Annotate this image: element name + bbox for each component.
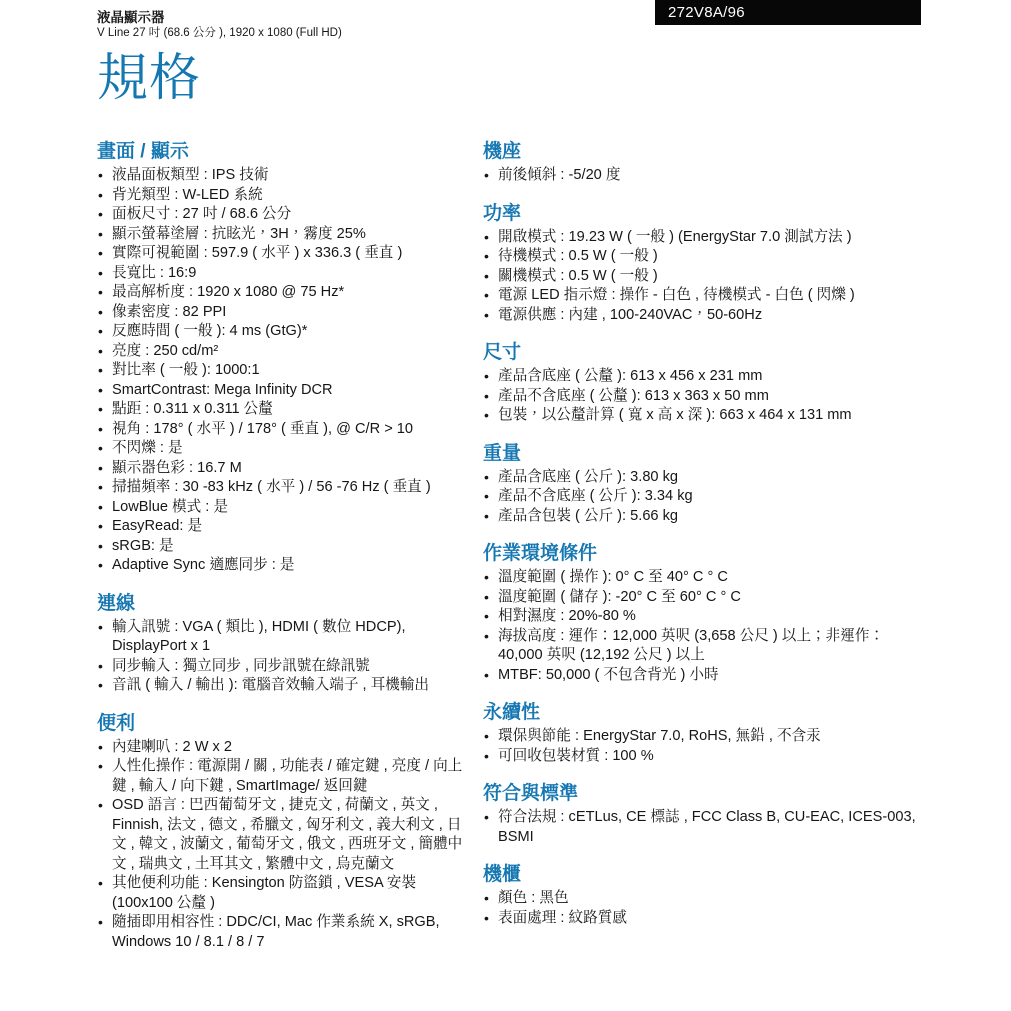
spec-list: 液晶面板類型 : IPS 技術背光類型 : W-LED 系統面板尺寸 : 27 … xyxy=(97,166,472,576)
spec-item: 開啟模式 : 19.23 W ( 一般 ) (EnergyStar 7.0 測試… xyxy=(483,228,920,248)
spec-item: 背光類型 : W-LED 系統 xyxy=(97,186,472,206)
spec-item: 音訊 ( 輸入 / 輸出 ): 電腦音效輸入端子 , 耳機輸出 xyxy=(97,676,472,696)
spec-item: 關機模式 : 0.5 W ( 一般 ) xyxy=(483,267,920,287)
spec-item: 對比率 ( 一般 ): 1000:1 xyxy=(97,361,472,381)
spec-section: 功率開啟模式 : 19.23 W ( 一般 ) (EnergyStar 7.0 … xyxy=(483,203,920,326)
spec-item: 同步輸入 : 獨立同步 , 同步訊號在綠訊號 xyxy=(97,657,472,677)
section-title: 重量 xyxy=(483,443,920,465)
spec-item: Adaptive Sync 適應同步 : 是 xyxy=(97,556,472,576)
spec-item: 表面處理 : 紋路質感 xyxy=(483,909,920,929)
spec-item: 其他便利功能 : Kensington 防盜鎖 , VESA 安裝 (100x1… xyxy=(97,874,472,913)
spec-item: 亮度 : 250 cd/m² xyxy=(97,342,472,362)
spec-item: 輸入訊號 : VGA ( 類比 ), HDMI ( 數位 HDCP), Disp… xyxy=(97,618,472,657)
spec-column-right: 機座前後傾斜 : -5/20 度功率開啟模式 : 19.23 W ( 一般 ) … xyxy=(483,141,920,969)
spec-section: 畫面 / 顯示液晶面板類型 : IPS 技術背光類型 : W-LED 系統面板尺… xyxy=(97,141,472,576)
spec-item: 包裝，以公釐計算 ( 寬 x 高 x 深 ): 663 x 464 x 131 … xyxy=(483,406,920,426)
spec-item: OSD 語言 : 巴西葡萄牙文 , 捷克文 , 荷蘭文 , 英文 , Finni… xyxy=(97,796,472,874)
spec-item: 產品含底座 ( 公釐 ): 613 x 456 x 231 mm xyxy=(483,367,920,387)
spec-column-left: 畫面 / 顯示液晶面板類型 : IPS 技術背光類型 : W-LED 系統面板尺… xyxy=(97,141,472,969)
model-number-badge: 272V8A/96 xyxy=(655,0,921,25)
spec-item: 相對濕度 : 20%-80 % xyxy=(483,607,920,627)
spec-columns: 畫面 / 顯示液晶面板類型 : IPS 技術背光類型 : W-LED 系統面板尺… xyxy=(97,141,920,969)
spec-list: 開啟模式 : 19.23 W ( 一般 ) (EnergyStar 7.0 測試… xyxy=(483,228,920,326)
spec-item: 產品含包裝 ( 公斤 ): 5.66 kg xyxy=(483,507,920,527)
spec-item: 不閃爍 : 是 xyxy=(97,439,472,459)
spec-item: 反應時間 ( 一般 ): 4 ms (GtG)* xyxy=(97,322,472,342)
spec-item: 隨插即用相容性 : DDC/CI, Mac 作業系統 X, sRGB, Wind… xyxy=(97,913,472,952)
spec-item: 產品不含底座 ( 公釐 ): 613 x 363 x 50 mm xyxy=(483,387,920,407)
spec-item: 產品含底座 ( 公斤 ): 3.80 kg xyxy=(483,468,920,488)
section-title: 機座 xyxy=(483,141,920,163)
spec-item: 最高解析度 : 1920 x 1080 @ 75 Hz* xyxy=(97,283,472,303)
spec-item: 顯示螢幕塗層 : 抗眩光，3H，霧度 25% xyxy=(97,225,472,245)
spec-item: 溫度範圍 ( 儲存 ): -20° C 至 60° C ° C xyxy=(483,588,920,608)
section-title: 便利 xyxy=(97,713,472,735)
spec-section: 符合與標準符合法規 : cETLus, CE 標誌 , FCC Class B,… xyxy=(483,783,920,847)
section-title: 畫面 / 顯示 xyxy=(97,141,472,163)
spec-item: 電源供應 : 內建 , 100-240VAC，50-60Hz xyxy=(483,306,920,326)
product-line-label: V Line 27 吋 (68.6 公分 ), 1920 x 1080 (Ful… xyxy=(97,26,342,41)
spec-section: 永續性環保與節能 : EnergyStar 7.0, RoHS, 無鉛 , 不含… xyxy=(483,702,920,766)
section-title: 作業環境條件 xyxy=(483,543,920,565)
header: 液晶顯示器 V Line 27 吋 (68.6 公分 ), 1920 x 108… xyxy=(97,9,342,105)
spec-item: 點距 : 0.311 x 0.311 公釐 xyxy=(97,400,472,420)
spec-item: 電源 LED 指示燈 : 操作 - 白色 , 待機模式 - 白色 ( 閃爍 ) xyxy=(483,286,920,306)
spec-item: 實際可視範圍 : 597.9 ( 水平 ) x 336.3 ( 垂直 ) xyxy=(97,244,472,264)
spec-item: 符合法規 : cETLus, CE 標誌 , FCC Class B, CU-E… xyxy=(483,808,920,847)
spec-list: 溫度範圍 ( 操作 ): 0° C 至 40° C ° C溫度範圍 ( 儲存 )… xyxy=(483,568,920,685)
spec-item: EasyRead: 是 xyxy=(97,517,472,537)
spec-item: 長寬比 : 16:9 xyxy=(97,264,472,284)
spec-item: SmartContrast: Mega Infinity DCR xyxy=(97,381,472,401)
spec-section: 連線輸入訊號 : VGA ( 類比 ), HDMI ( 數位 HDCP), Di… xyxy=(97,593,472,696)
spec-item: 溫度範圍 ( 操作 ): 0° C 至 40° C ° C xyxy=(483,568,920,588)
section-title: 機櫃 xyxy=(483,864,920,886)
page-title: 規格 xyxy=(97,51,342,105)
section-title: 符合與標準 xyxy=(483,783,920,805)
spec-item: MTBF: 50,000 ( 不包含背光 ) 小時 xyxy=(483,666,920,686)
spec-item: 視角 : 178° ( 水平 ) / 178° ( 垂直 ), @ C/R > … xyxy=(97,420,472,440)
spec-section: 機櫃顏色 : 黑色表面處理 : 紋路質感 xyxy=(483,864,920,928)
spec-section: 尺寸產品含底座 ( 公釐 ): 613 x 456 x 231 mm產品不含底座… xyxy=(483,342,920,426)
spec-list: 產品含底座 ( 公釐 ): 613 x 456 x 231 mm產品不含底座 (… xyxy=(483,367,920,426)
spec-item: 人性化操作 : 電源開 / 關 , 功能表 / 確定鍵 , 亮度 / 向上鍵 ,… xyxy=(97,757,472,796)
spec-list: 內建喇叭 : 2 W x 2人性化操作 : 電源開 / 關 , 功能表 / 確定… xyxy=(97,738,472,953)
spec-item: 可回收包裝材質 : 100 % xyxy=(483,747,920,767)
spec-item: 顯示器色彩 : 16.7 M xyxy=(97,459,472,479)
spec-item: 前後傾斜 : -5/20 度 xyxy=(483,166,920,186)
spec-section: 機座前後傾斜 : -5/20 度 xyxy=(483,141,920,186)
spec-item: LowBlue 模式 : 是 xyxy=(97,498,472,518)
spec-item: 像素密度 : 82 PPI xyxy=(97,303,472,323)
spec-item: 面板尺寸 : 27 吋 / 68.6 公分 xyxy=(97,205,472,225)
spec-list: 環保與節能 : EnergyStar 7.0, RoHS, 無鉛 , 不含汞可回… xyxy=(483,727,920,766)
model-number: 272V8A/96 xyxy=(668,4,745,21)
section-title: 連線 xyxy=(97,593,472,615)
spec-item: 掃描頻率 : 30 -83 kHz ( 水平 ) / 56 -76 Hz ( 垂… xyxy=(97,478,472,498)
spec-item: 產品不含底座 ( 公斤 ): 3.34 kg xyxy=(483,487,920,507)
spec-item: 海拔高度 : 運作：12,000 英呎 (3,658 公尺 ) 以上；非運作：4… xyxy=(483,627,920,666)
spec-item: 待機模式 : 0.5 W ( 一般 ) xyxy=(483,247,920,267)
spec-list: 符合法規 : cETLus, CE 標誌 , FCC Class B, CU-E… xyxy=(483,808,920,847)
spec-section: 重量產品含底座 ( 公斤 ): 3.80 kg產品不含底座 ( 公斤 ): 3.… xyxy=(483,443,920,527)
spec-list: 前後傾斜 : -5/20 度 xyxy=(483,166,920,186)
section-title: 尺寸 xyxy=(483,342,920,364)
spec-list: 顏色 : 黑色表面處理 : 紋路質感 xyxy=(483,889,920,928)
section-title: 永續性 xyxy=(483,702,920,724)
spec-list: 產品含底座 ( 公斤 ): 3.80 kg產品不含底座 ( 公斤 ): 3.34… xyxy=(483,468,920,527)
spec-item: 環保與節能 : EnergyStar 7.0, RoHS, 無鉛 , 不含汞 xyxy=(483,727,920,747)
spec-sheet-page: 272V8A/96 液晶顯示器 V Line 27 吋 (68.6 公分 ), … xyxy=(0,0,1011,1011)
spec-item: sRGB: 是 xyxy=(97,537,472,557)
spec-item: 液晶面板類型 : IPS 技術 xyxy=(97,166,472,186)
product-type-label: 液晶顯示器 xyxy=(97,9,342,26)
spec-section: 便利內建喇叭 : 2 W x 2人性化操作 : 電源開 / 關 , 功能表 / … xyxy=(97,713,472,953)
spec-section: 作業環境條件溫度範圍 ( 操作 ): 0° C 至 40° C ° C溫度範圍 … xyxy=(483,543,920,685)
spec-item: 內建喇叭 : 2 W x 2 xyxy=(97,738,472,758)
section-title: 功率 xyxy=(483,203,920,225)
spec-item: 顏色 : 黑色 xyxy=(483,889,920,909)
spec-list: 輸入訊號 : VGA ( 類比 ), HDMI ( 數位 HDCP), Disp… xyxy=(97,618,472,696)
